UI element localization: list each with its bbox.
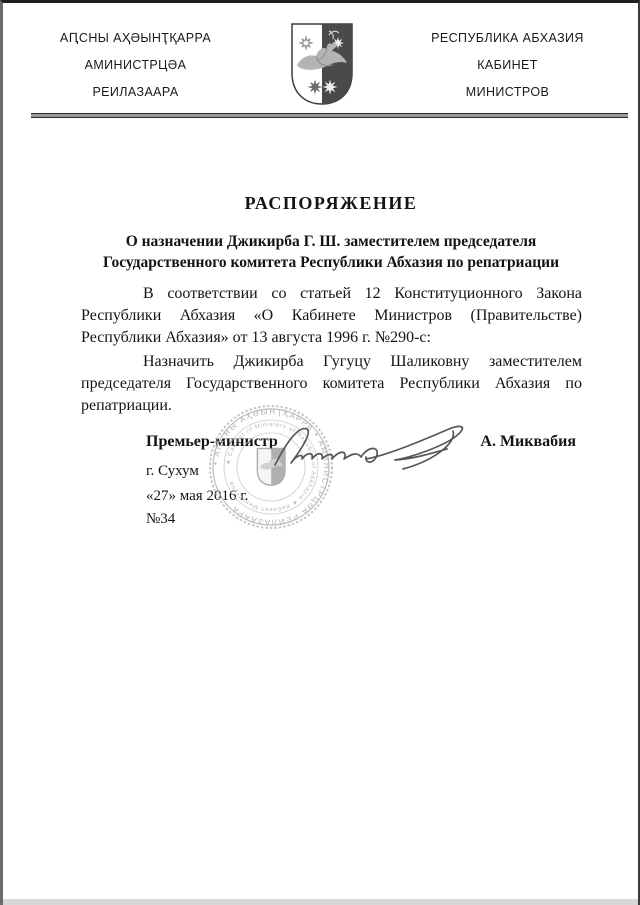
document-subject: О назначении Джикирба Г. Ш. заместителем…	[73, 231, 589, 273]
document-subject-line-2: Государственного комитета Республики Абх…	[73, 252, 589, 273]
signature-stroke	[253, 407, 493, 487]
letterhead-russian-block: РЕСПУБЛИКА АБХАЗИЯ КАБИНЕТ МИНИСТРОВ	[395, 25, 620, 106]
document-city: г. Сухум	[146, 463, 199, 480]
signatory-name: А. Миквабия	[480, 433, 576, 451]
letterhead-russian-line-1: РЕСПУБЛИКА АБХАЗИЯ	[395, 25, 620, 52]
document-subject-line-1: О назначении Джикирба Г. Ш. заместителем…	[73, 231, 589, 252]
letterhead-abkhaz-line-2: АМИНИСТРЦӘА	[23, 52, 248, 79]
letterhead-divider-rule	[31, 113, 628, 118]
coat-of-arms-icon	[289, 21, 355, 107]
scan-edge-artifact	[3, 899, 638, 905]
letterhead: АԤСНЫ АҲӘЫНҬҚАРРА АМИНИСТРЦӘА РЕИЛАЗААРА	[23, 25, 620, 107]
document-number: №34	[146, 511, 175, 528]
letterhead-russian-line-3: МИНИСТРОВ	[395, 79, 620, 106]
letterhead-abkhaz-block: АԤСНЫ АҲӘЫНҬҚАРРА АМИНИСТРЦӘА РЕИЛАЗААРА	[23, 25, 248, 106]
body-paragraph-1: В соответствии со статьей 12 Конституцио…	[81, 283, 582, 349]
scanned-document-page: АԤСНЫ АҲӘЫНҬҚАРРА АМИНИСТРЦӘА РЕИЛАЗААРА	[0, 0, 640, 905]
document-title: РАСПОРЯЖЕНИЕ	[81, 193, 581, 214]
letterhead-abkhaz-line-1: АԤСНЫ АҲӘЫНҬҚАРРА	[23, 25, 248, 52]
letterhead-russian-line-2: КАБИНЕТ	[395, 52, 620, 79]
letterhead-abkhaz-line-3: РЕИЛАЗААРА	[23, 79, 248, 106]
